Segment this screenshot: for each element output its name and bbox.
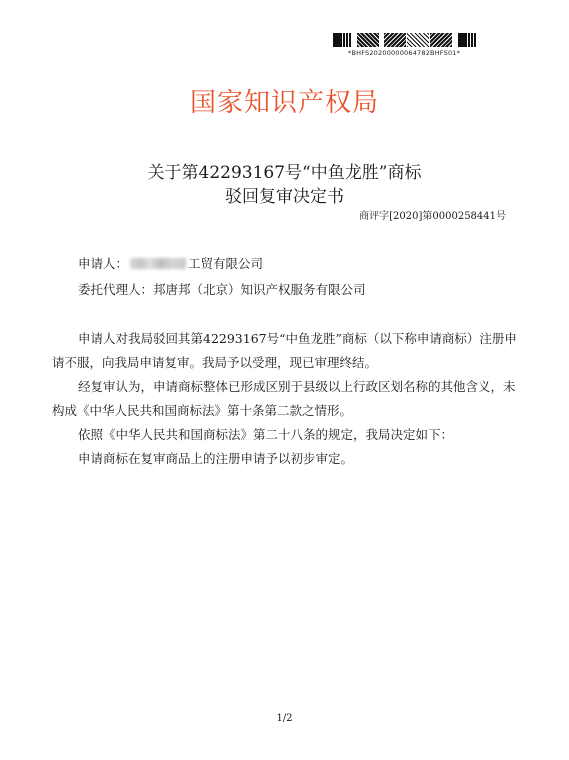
- document-number: 商评字[2020]第0000258441号: [359, 207, 506, 222]
- agent-label: 委托代理人：: [78, 282, 153, 297]
- document-title-line1: 关于第42293167号“中鱼龙胜”商标: [0, 158, 569, 183]
- paragraph-2: 经复审认为，申请商标整体已形成区别于县级以上行政区划名称的其他含义，未构成《中华…: [52, 375, 520, 423]
- agency-name: 国家知识产权局: [0, 82, 569, 119]
- agent-line: 委托代理人：邦唐邦（北京）知识产权服务有限公司: [78, 280, 366, 298]
- applicant-name: 工贸有限公司: [188, 256, 263, 271]
- applicant-label: 申请人：: [78, 256, 128, 271]
- page-number: 1/2: [0, 713, 569, 724]
- paragraph-3: 依照《中华人民共和国商标法》第二十八条的规定，我局决定如下：: [52, 423, 520, 447]
- applicant-line: 申请人：工贸有限公司: [78, 254, 263, 272]
- document-title-line2: 驳回复审决定书: [0, 182, 569, 207]
- redacted-name: [130, 258, 186, 269]
- barcode-text: *BHFS20200000064782BHFS01*: [348, 49, 460, 57]
- paragraph-4: 申请商标在复审商品上的注册申请予以初步审定。: [52, 447, 520, 471]
- barcode: [333, 33, 483, 47]
- agent-name: 邦唐邦（北京）知识产权服务有限公司: [153, 282, 366, 297]
- paragraph-1: 申请人对我局驳回其第42293167号“中鱼龙胜”商标（以下称申请商标）注册申请…: [52, 327, 520, 375]
